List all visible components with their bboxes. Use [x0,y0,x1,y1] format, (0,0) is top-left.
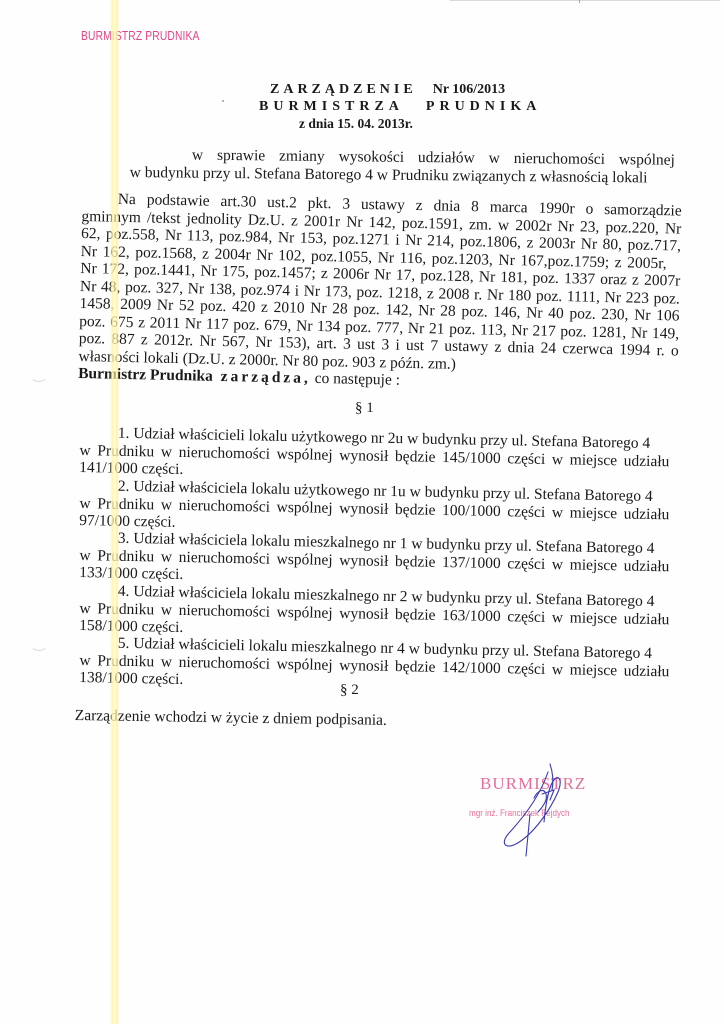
issuer-word-1: BURMISTRZA [259,99,404,114]
issuer-stamp-top: BURMISTRZ PRUDNIKA [81,29,200,43]
scanned-document-page: BURMISTRZ PRUDNIKA ZARZĄDZENIENr 106/201… [0,0,724,1024]
decree-rest: co następuje : [315,370,401,389]
issuer-word-2: PRUDNIKA [426,99,541,114]
decree-subject: Burmistrz Prudnika [78,365,213,385]
handwritten-signature-icon [490,760,600,860]
document-date: z dnia 15. 04. 2013r. [299,116,413,132]
punch-hole-mark [30,367,48,382]
legal-basis-preamble: Na podstawie art.30 ust.2 pkt. 3 ustawy … [78,190,682,395]
decree-verb: zarządza, [220,368,311,387]
document-title: ZARZĄDZENIENr 106/2013 [270,82,505,98]
subject: w sprawie zmiany wysokości udziałów w ni… [130,146,675,187]
document-number: Nr 106/2013 [433,82,505,97]
share-item: 5. Udział właścicieli lokalu mieszkalneg… [79,634,670,698]
scan-speck [222,100,224,102]
entry-into-force: Zarządzenie wchodzi w życie z dniem podp… [75,707,387,729]
scan-edge-line [450,0,720,1]
punch-hole-mark [30,636,48,651]
section-1-items: 1. Udział właścicieli lokalu użytkowego … [80,424,670,687]
issuer-line: BURMISTRZAPRUDNIKA [259,99,541,115]
scan-edge-tick [579,0,580,3]
section-sign-2: § 2 [340,682,359,699]
section-sign-1: § 1 [355,400,374,417]
title-word: ZARZĄDZENIE [270,82,417,97]
